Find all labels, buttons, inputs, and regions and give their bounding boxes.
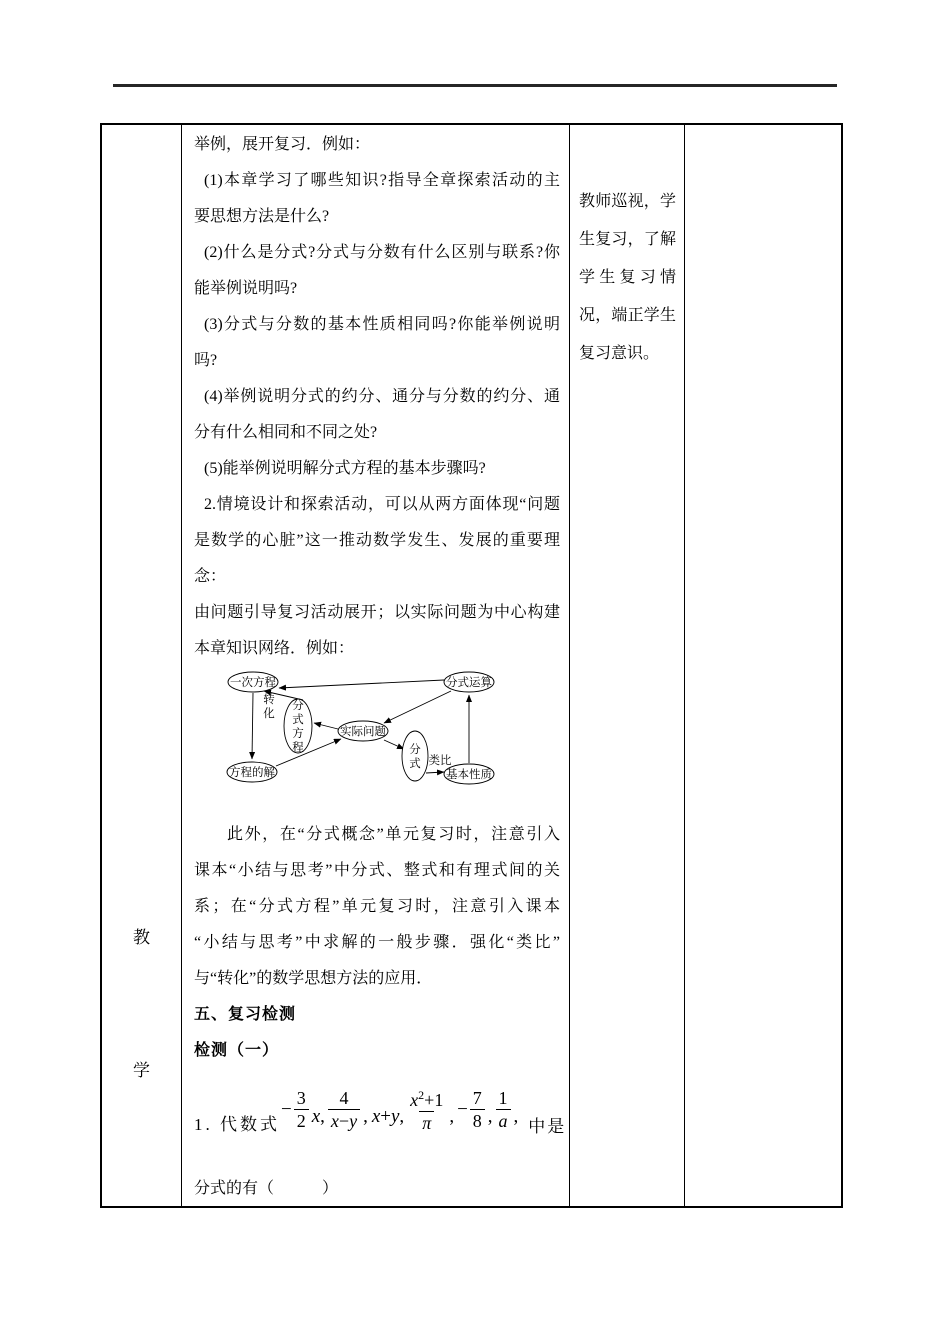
text-line: (5)能举例说明解分式方程的基本步骤吗? [194,451,560,487]
math-term: −32x, [280,1087,327,1132]
text-line: 念： [194,559,560,595]
guidance-column: 教师巡视，学生复习，了解学生复习情况，端正学生复习意识。 [570,125,685,1206]
text-line: 本章知识网络．例如： [194,631,560,667]
header-rule [113,84,837,87]
text-line: 系；在“分式方程”单元复习时，注意引入课本 [194,889,560,925]
side-label-jiao: 教 [102,923,181,948]
guidance-line: 况，端正学生 [579,297,676,335]
svg-text:方: 方 [292,726,304,740]
text-line: 课本“小结与思考”中分式、整式和有理式间的关 [194,853,560,889]
text-line: 是数学的心脏”这一推动数学发生、发展的重要理 [194,523,560,559]
text-line: 五、复习检测 [194,997,560,1033]
math-term: 1a, [495,1087,521,1132]
math-term: 4x−y, [327,1087,370,1132]
math-trailing-text: 中是 [528,1112,566,1137]
text-line: (4)举例说明分式的约分、通分与分数的约分、通 [194,379,560,415]
svg-text:分: 分 [292,698,304,712]
math-term: −78, [456,1087,494,1132]
svg-text:程: 程 [292,740,304,754]
text-line: 由问题引导复习活动展开；以实际问题为中心构建 [194,595,560,631]
text-line: (1)本章学习了哪些知识?指导全章探索活动的主 [194,163,560,199]
concept-map-diagram: 一次方程分式运算分式方程实际问题分式基本性质方程的解转化类比 [194,667,560,817]
side-column: 教 学 [102,125,182,1206]
svg-text:基本性质: 基本性质 [446,767,492,781]
svg-text:式: 式 [409,756,421,770]
svg-text:分: 分 [409,742,421,756]
text-line: 分有什么相同和不同之处? [194,415,560,451]
math-term: x+y, [372,1106,404,1128]
svg-text:类比: 类比 [429,753,452,767]
text-line: 吗? [194,343,560,379]
side-label-xue: 学 [102,1056,181,1081]
text-line: 2.情境设计和探索活动，可以从两方面体现“问题 [194,487,560,523]
text-line: 要思想方法是什么? [194,199,560,235]
svg-text:方程的解: 方程的解 [229,765,275,779]
math-term: x2+1π, [406,1084,456,1134]
guidance-line: 复习意识。 [579,335,676,373]
svg-text:化: 化 [263,706,275,720]
guidance-line: 教师巡视，学 [579,183,676,221]
svg-text:一次方程: 一次方程 [230,675,276,689]
main-content-column: 举例，展开复习．例如：(1)本章学习了哪些知识?指导全章探索活动的主要思想方法是… [182,125,570,1206]
text-line: “小结与思考”中求解的一般步骤．强化“类比” [194,925,560,961]
svg-text:转: 转 [263,692,275,706]
lesson-plan-table: 教 学 举例，展开复习．例如：(1)本章学习了哪些知识?指导全章探索活动的主要思… [100,123,843,1208]
svg-text:式: 式 [292,712,304,726]
text-line: 举例，展开复习．例如： [194,127,560,163]
text-line: 分式的有（ ） [194,1171,560,1207]
guidance-line: 生复习，了解 [579,221,676,259]
text-line: 检测（一） [194,1033,560,1069]
svg-text:实际问题: 实际问题 [340,724,386,738]
text-line: 此外，在“分式概念”单元复习时，注意引入 [194,817,560,853]
empty-column [685,125,841,1206]
text-line: 能举例说明吗? [194,271,560,307]
text-line: (2)什么是分式?分式与分数有什么区别与联系?你 [194,235,560,271]
math-expression: 1. 代数式−32x,4x−y,x+y,x2+1π,−78,1a,中是 [194,1069,560,1149]
text-line: (3)分式与分数的基本性质相同吗?你能举例说明 [194,307,560,343]
text-line: 与“转化”的数学思想方法的应用． [194,961,560,997]
svg-text:分式运算: 分式运算 [446,675,492,689]
math-item-number: 1. 代数式 [194,1110,280,1135]
guidance-line: 学生复习情 [579,259,676,297]
